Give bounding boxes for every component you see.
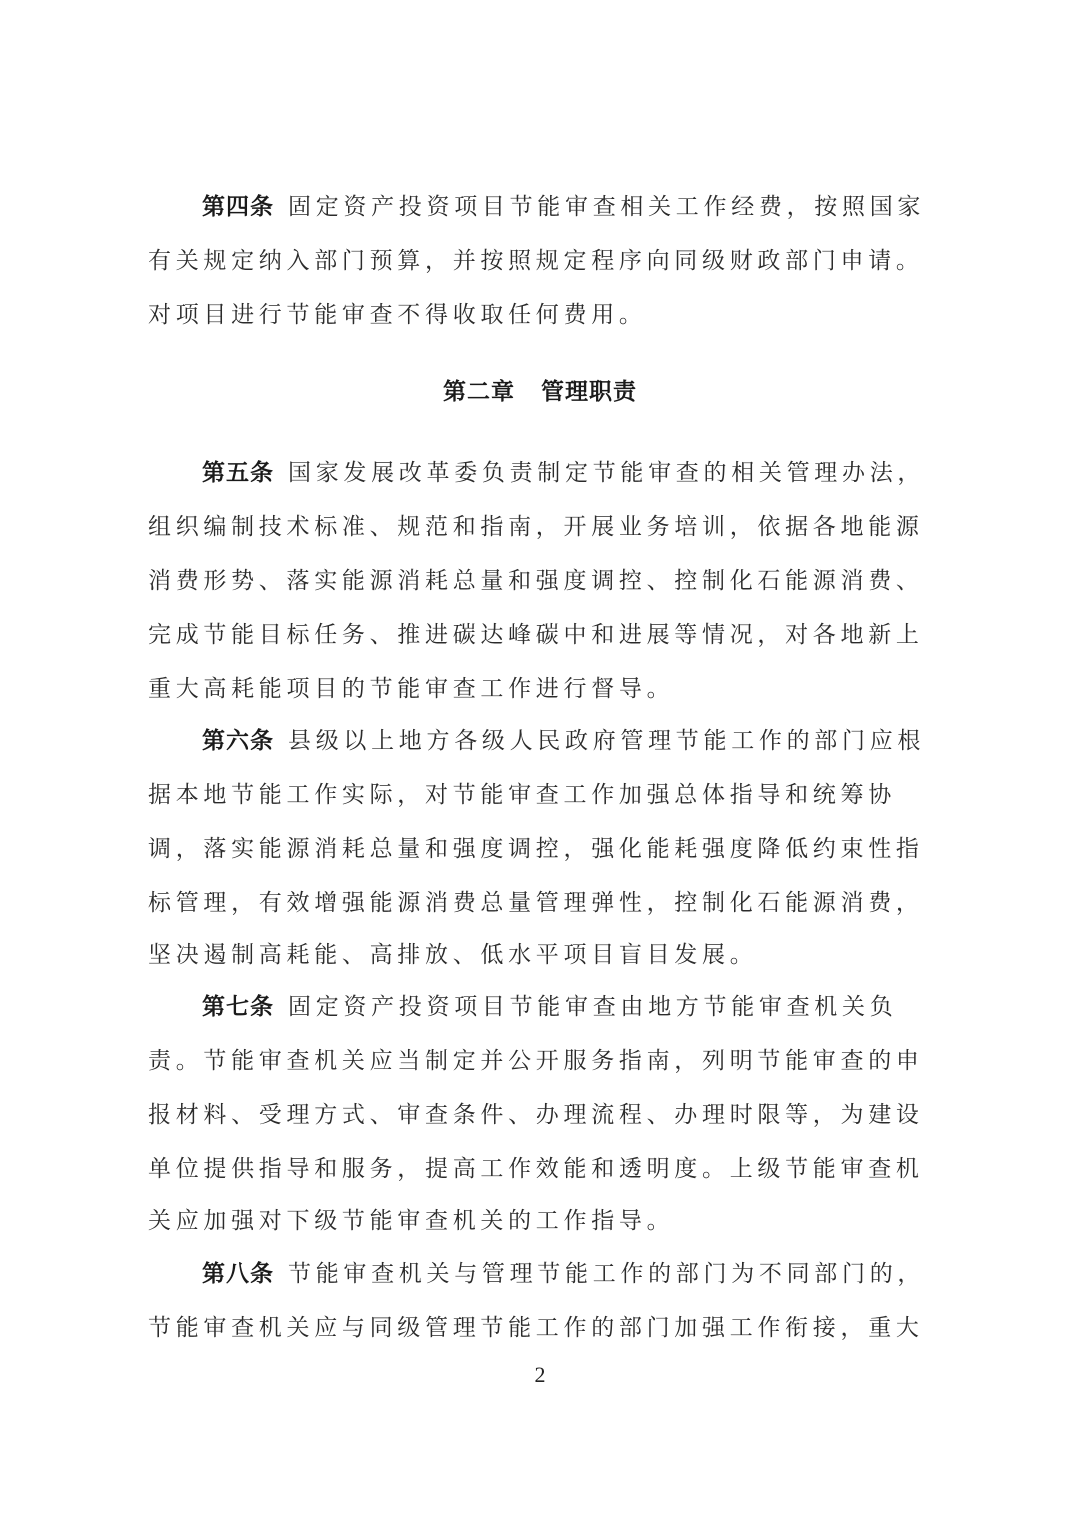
article-5-line-3: 消费形势、落实能源消耗总量和强度调控、控制化石能源消费、 [148,566,948,596]
article-7-line-4: 单位提供指导和服务，提高工作效能和透明度。上级节能审查机 [148,1154,948,1184]
chapter-heading: 第二章管理职责 [0,377,1080,407]
article-4-line-2: 有关规定纳入部门预算，并按照规定程序向同级财政部门申请。 [148,246,948,276]
article-6-line-4: 标管理，有效增强能源消费总量管理弹性，控制化石能源消费， [148,888,948,918]
article-label: 第五条 [202,460,274,486]
article-label: 第六条 [202,728,274,754]
article-5-line-2: 组织编制技术标准、规范和指南，开展业务培训，依据各地能源 [148,512,948,542]
page-number: 2 [0,1362,1080,1388]
article-text: 固定资产投资项目节能审查由地方节能审查机关负 [288,994,897,1020]
article-6-line-5: 坚决遏制高耗能、高排放、低水平项目盲目发展。 [148,940,948,970]
article-7-line-1: 第七条固定资产投资项目节能审查由地方节能审查机关负 [202,992,1002,1022]
article-5-line-1: 第五条国家发展改革委负责制定节能审查的相关管理办法， [202,458,1002,488]
article-label: 第八条 [202,1261,274,1287]
article-text: 节能审查机关与管理节能工作的部门为不同部门的， [288,1261,925,1287]
article-8-line-2: 节能审查机关应与同级管理节能工作的部门加强工作衔接，重大 [148,1313,948,1343]
article-label: 第四条 [202,194,274,220]
article-6-line-3: 调，落实能源消耗总量和强度调控，强化能耗强度降低约束性指 [148,834,948,864]
chapter-title: 管理职责 [541,379,637,405]
article-text: 县级以上地方各级人民政府管理节能工作的部门应根 [288,728,925,754]
article-5-line-5: 重大高耗能项目的节能审查工作进行督导。 [148,674,948,704]
article-7-line-5: 关应加强对下级节能审查机关的工作指导。 [148,1206,948,1236]
document-page: 第四条固定资产投资项目节能审查相关工作经费，按照国家 有关规定纳入部门预算，并按… [0,0,1080,1527]
article-8-line-1: 第八条节能审查机关与管理节能工作的部门为不同部门的， [202,1259,1002,1289]
article-6-line-2: 据本地节能工作实际，对节能审查工作加强总体指导和统筹协 [148,780,948,810]
article-label: 第七条 [202,994,274,1020]
article-6-line-1: 第六条县级以上地方各级人民政府管理节能工作的部门应根 [202,726,1002,756]
article-4-line-3: 对项目进行节能审查不得收取任何费用。 [148,300,948,330]
chapter-number: 第二章 [443,379,515,405]
article-7-line-3: 报材料、受理方式、审查条件、办理流程、办理时限等，为建设 [148,1100,948,1130]
article-text: 国家发展改革委负责制定节能审查的相关管理办法， [288,460,925,486]
article-7-line-2: 责。节能审查机关应当制定并公开服务指南，列明节能审查的申 [148,1046,948,1076]
article-4-line-1: 第四条固定资产投资项目节能审查相关工作经费，按照国家 [202,192,1002,222]
article-text: 固定资产投资项目节能审查相关工作经费，按照国家 [288,194,925,220]
article-5-line-4: 完成节能目标任务、推进碳达峰碳中和进展等情况，对各地新上 [148,620,948,650]
